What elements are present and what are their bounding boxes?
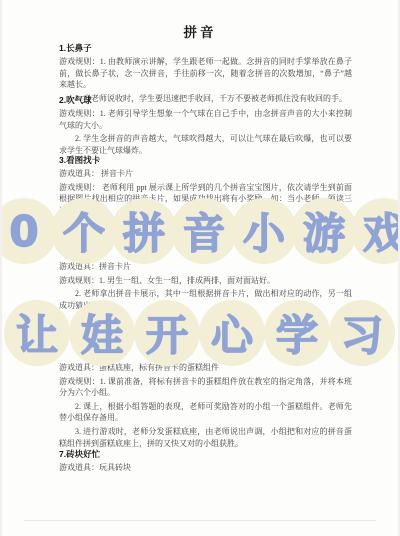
section-heading: 3.看图找卡 (59, 155, 352, 166)
section-heading: 2.吹气球 (59, 95, 352, 106)
section-blow-balloon: 2.吹气球 游戏规则：1. 老师引导学生想象一个气球在自己手中，由念拼音声音的大… (59, 95, 352, 158)
section-paragraph: 游戏规则：1. 由教师演示讲解，学生跟老师一起做。念拼音的同时手掌举放在鼻子前，… (59, 56, 352, 91)
section-busy-bricks: 7.砖块好忙 游戏道具：玩具砖块 (59, 449, 352, 476)
watermark-char: 娃 (69, 300, 135, 366)
document-page: 拼音 1.长鼻子 游戏规则：1. 由教师演示讲解，学生跟老师一起做。念拼音的同时… (0, 0, 400, 536)
section-heading: 1.长鼻子 (59, 43, 352, 54)
watermark-band-row1: 1 0 个 拼 音 小 游 戏 (0, 198, 400, 264)
section-paragraph: 游戏道具：玩具砖块 (59, 462, 352, 474)
watermark-char: 习 (329, 300, 395, 366)
section-cake-game: 游戏道具：蛋糕底座，标有拼音卡的蛋糕组件 游戏规则：1. 课前准备，将标有拼音卡… (59, 362, 352, 451)
watermark-char: 音 (171, 198, 237, 264)
watermark-char: 个 (51, 198, 117, 264)
watermark-band-row2: 让 娃 开 心 学 习 (4, 300, 394, 366)
section-paragraph: 3. 进行游戏时，老师分发蛋糕底座，由老师说出声调，小组把和对应的拼音蛋糕组件拼… (59, 426, 352, 449)
watermark-char: 让 (4, 300, 70, 366)
section-paragraph: 2. 课上，根据小组答题的表现，老师可奖励答对的小组一个蛋糕组件。老师先替小组保… (59, 401, 352, 424)
section-paragraph: 2. 学生念拼音的声音越大，气球吹得越大，可以让气球在最后吹爆，也可以要求学生不… (59, 133, 352, 156)
page-title: 拼音 (2, 21, 398, 41)
watermark-char: 学 (264, 300, 330, 366)
section-paragraph: 游戏道具： 拼音卡片 (59, 168, 352, 180)
section-heading: 7.砖块好忙 (59, 449, 352, 460)
watermark-char: 游 (291, 198, 357, 264)
page-bottom-edge (24, 520, 376, 521)
section-paragraph: 游戏规则：1. 课前准备，将标有拼音卡的蛋糕组件放在教室的指定角落，并将本班分为… (59, 376, 352, 399)
watermark-char: 开 (134, 300, 200, 366)
watermark-char: 小 (231, 198, 297, 264)
watermark-char: 戏 (351, 198, 400, 264)
watermark-char: 0 (0, 198, 57, 264)
section-paragraph: 游戏规则：1. 男生一组、女生一组，排成两排，面对面站好。 (59, 275, 352, 287)
section-paragraph: 游戏规则：1. 老师引导学生想象一个气球在自己手中，由念拼音声音的大小来控制气球… (59, 108, 352, 131)
watermark-char: 拼 (111, 198, 177, 264)
watermark-char: 心 (199, 300, 265, 366)
